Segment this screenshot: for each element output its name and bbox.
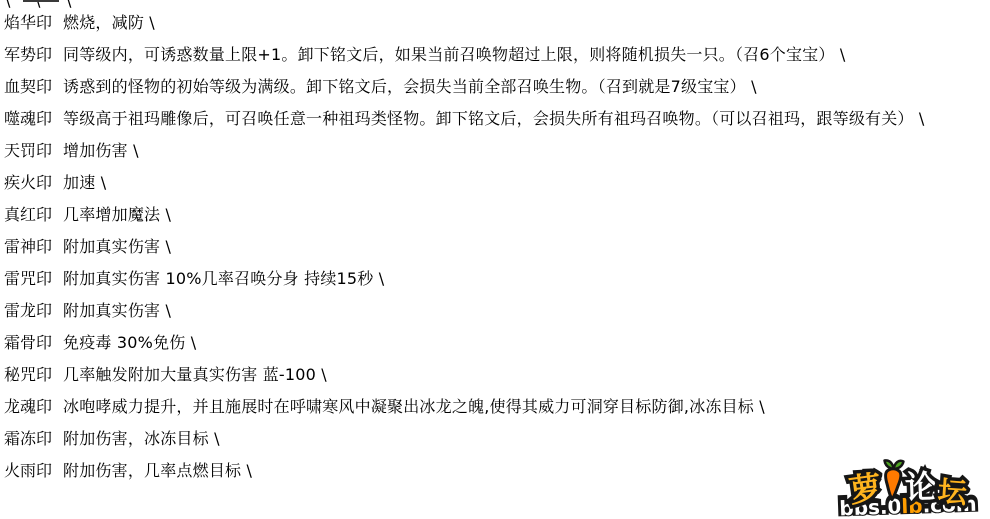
- seal-name: 雷龙印: [4, 298, 52, 321]
- seal-name: 天罚印: [4, 138, 52, 161]
- seal-name: 秘咒印: [4, 362, 52, 385]
- seal-description: 附加伤害，冰冻目标 \: [63, 426, 220, 449]
- logo-url-part3: .com: [922, 492, 977, 518]
- seal-entry: 雷神印 附加真实伤害 \: [4, 230, 990, 262]
- seal-entry: 天罚印 增加伤害 \: [4, 134, 990, 166]
- seal-name: 疾火印: [4, 170, 52, 193]
- seal-description: 附加真实伤害 10%几率召唤分身 持续15秒 \: [63, 266, 384, 289]
- seal-description: 燃烧，减防 \: [63, 10, 155, 33]
- seal-name: 霜冻印: [4, 426, 52, 449]
- seal-entry: 秘咒印 几率触发附加大量真实伤害 蓝-100 \: [4, 357, 990, 389]
- seal-description: 附加真实伤害 \: [63, 298, 171, 321]
- seal-entry: 真红印 几率增加魔法 \: [4, 198, 990, 230]
- seal-name: 焰华印: [4, 10, 52, 33]
- seal-description: 几率增加魔法 \: [63, 202, 171, 225]
- seal-description: 几率触发附加大量真实伤害 蓝-100 \: [63, 362, 327, 385]
- seal-entry: 噬魂印 等级高于祖玛雕像后，可召唤任意一种祖玛类怪物。卸下铭文后，会损失所有祖玛…: [4, 102, 990, 134]
- seal-list: 焰华印 燃烧，减防 \ 军势印 同等级内，可诱惑数量上限+1。卸下铭文后，如果当…: [4, 6, 990, 485]
- seal-entry: 军势印 同等级内，可诱惑数量上限+1。卸下铭文后，如果当前召唤物超过上限，则将随…: [4, 38, 990, 70]
- seal-entry: 霜骨印 免疫毒 30%免伤 \: [4, 325, 990, 357]
- seal-description: 附加真实伤害 \: [63, 234, 171, 257]
- logo-url: bbs.0lb.com: [829, 493, 988, 519]
- logo-url-part1: bbs.0: [839, 494, 902, 519]
- seal-description: 冰咆哮威力提升，并且施展时在呼啸寒风中凝聚出冰龙之魄,使得其威力可洞穿目标防御,…: [63, 394, 765, 417]
- logo-url-part2: lb: [901, 493, 923, 518]
- seal-name: 雷神印: [4, 234, 52, 257]
- seal-entry: 雷龙印 附加真实伤害 \: [4, 293, 990, 325]
- seal-description: 附加伤害，几率点燃目标 \: [63, 458, 252, 481]
- seal-description: 等级高于祖玛雕像后，可召唤任意一种祖玛类怪物。卸下铭文后，会损失所有祖玛召唤物。…: [63, 106, 924, 129]
- seal-entry: 霜冻印 附加伤害，冰冻目标 \: [4, 421, 990, 453]
- seal-name: 龙魂印: [4, 394, 52, 417]
- clipped-char-fragment: [23, 0, 59, 2]
- seal-description: 加速 \: [63, 170, 106, 193]
- seal-name: 真红印: [4, 202, 52, 225]
- seal-description: 诱惑到的怪物的初始等级为满级。卸下铭文后，会损失当前全部召唤生物。（召到就是7级…: [63, 74, 757, 97]
- seal-name: 血契印: [4, 74, 52, 97]
- seal-entry: 火雨印 附加伤害，几率点燃目标 \: [4, 453, 990, 485]
- seal-entry: 血契印 诱惑到的怪物的初始等级为满级。卸下铭文后，会损失当前全部召唤生物。（召到…: [4, 70, 990, 102]
- seal-name: 霜骨印: [4, 330, 52, 353]
- seal-name: 雷咒印: [4, 266, 52, 289]
- seal-entry: 疾火印 加速 \: [4, 166, 990, 198]
- seal-entry: 雷咒印 附加真实伤害 10%几率召唤分身 持续15秒 \: [4, 262, 990, 294]
- text-document: \\\ 焰华印 燃烧，减防 \ 军势印 同等级内，可诱惑数量上限+1。卸下铭文后…: [0, 0, 990, 519]
- seal-description: 增加伤害 \: [63, 138, 139, 161]
- seal-name: 火雨印: [4, 458, 52, 481]
- seal-description: 同等级内，可诱惑数量上限+1。卸下铭文后，如果当前召唤物超过上限，则将随机损失一…: [63, 42, 845, 65]
- seal-description: 免疫毒 30%免伤 \: [63, 330, 196, 353]
- seal-entry: 龙魂印 冰咆哮威力提升，并且施展时在呼啸寒风中凝聚出冰龙之魄,使得其威力可洞穿目…: [4, 389, 990, 421]
- seal-name: 噬魂印: [4, 106, 52, 129]
- seal-name: 军势印: [4, 42, 52, 65]
- seal-entry: 焰华印 燃烧，减防 \: [4, 6, 990, 38]
